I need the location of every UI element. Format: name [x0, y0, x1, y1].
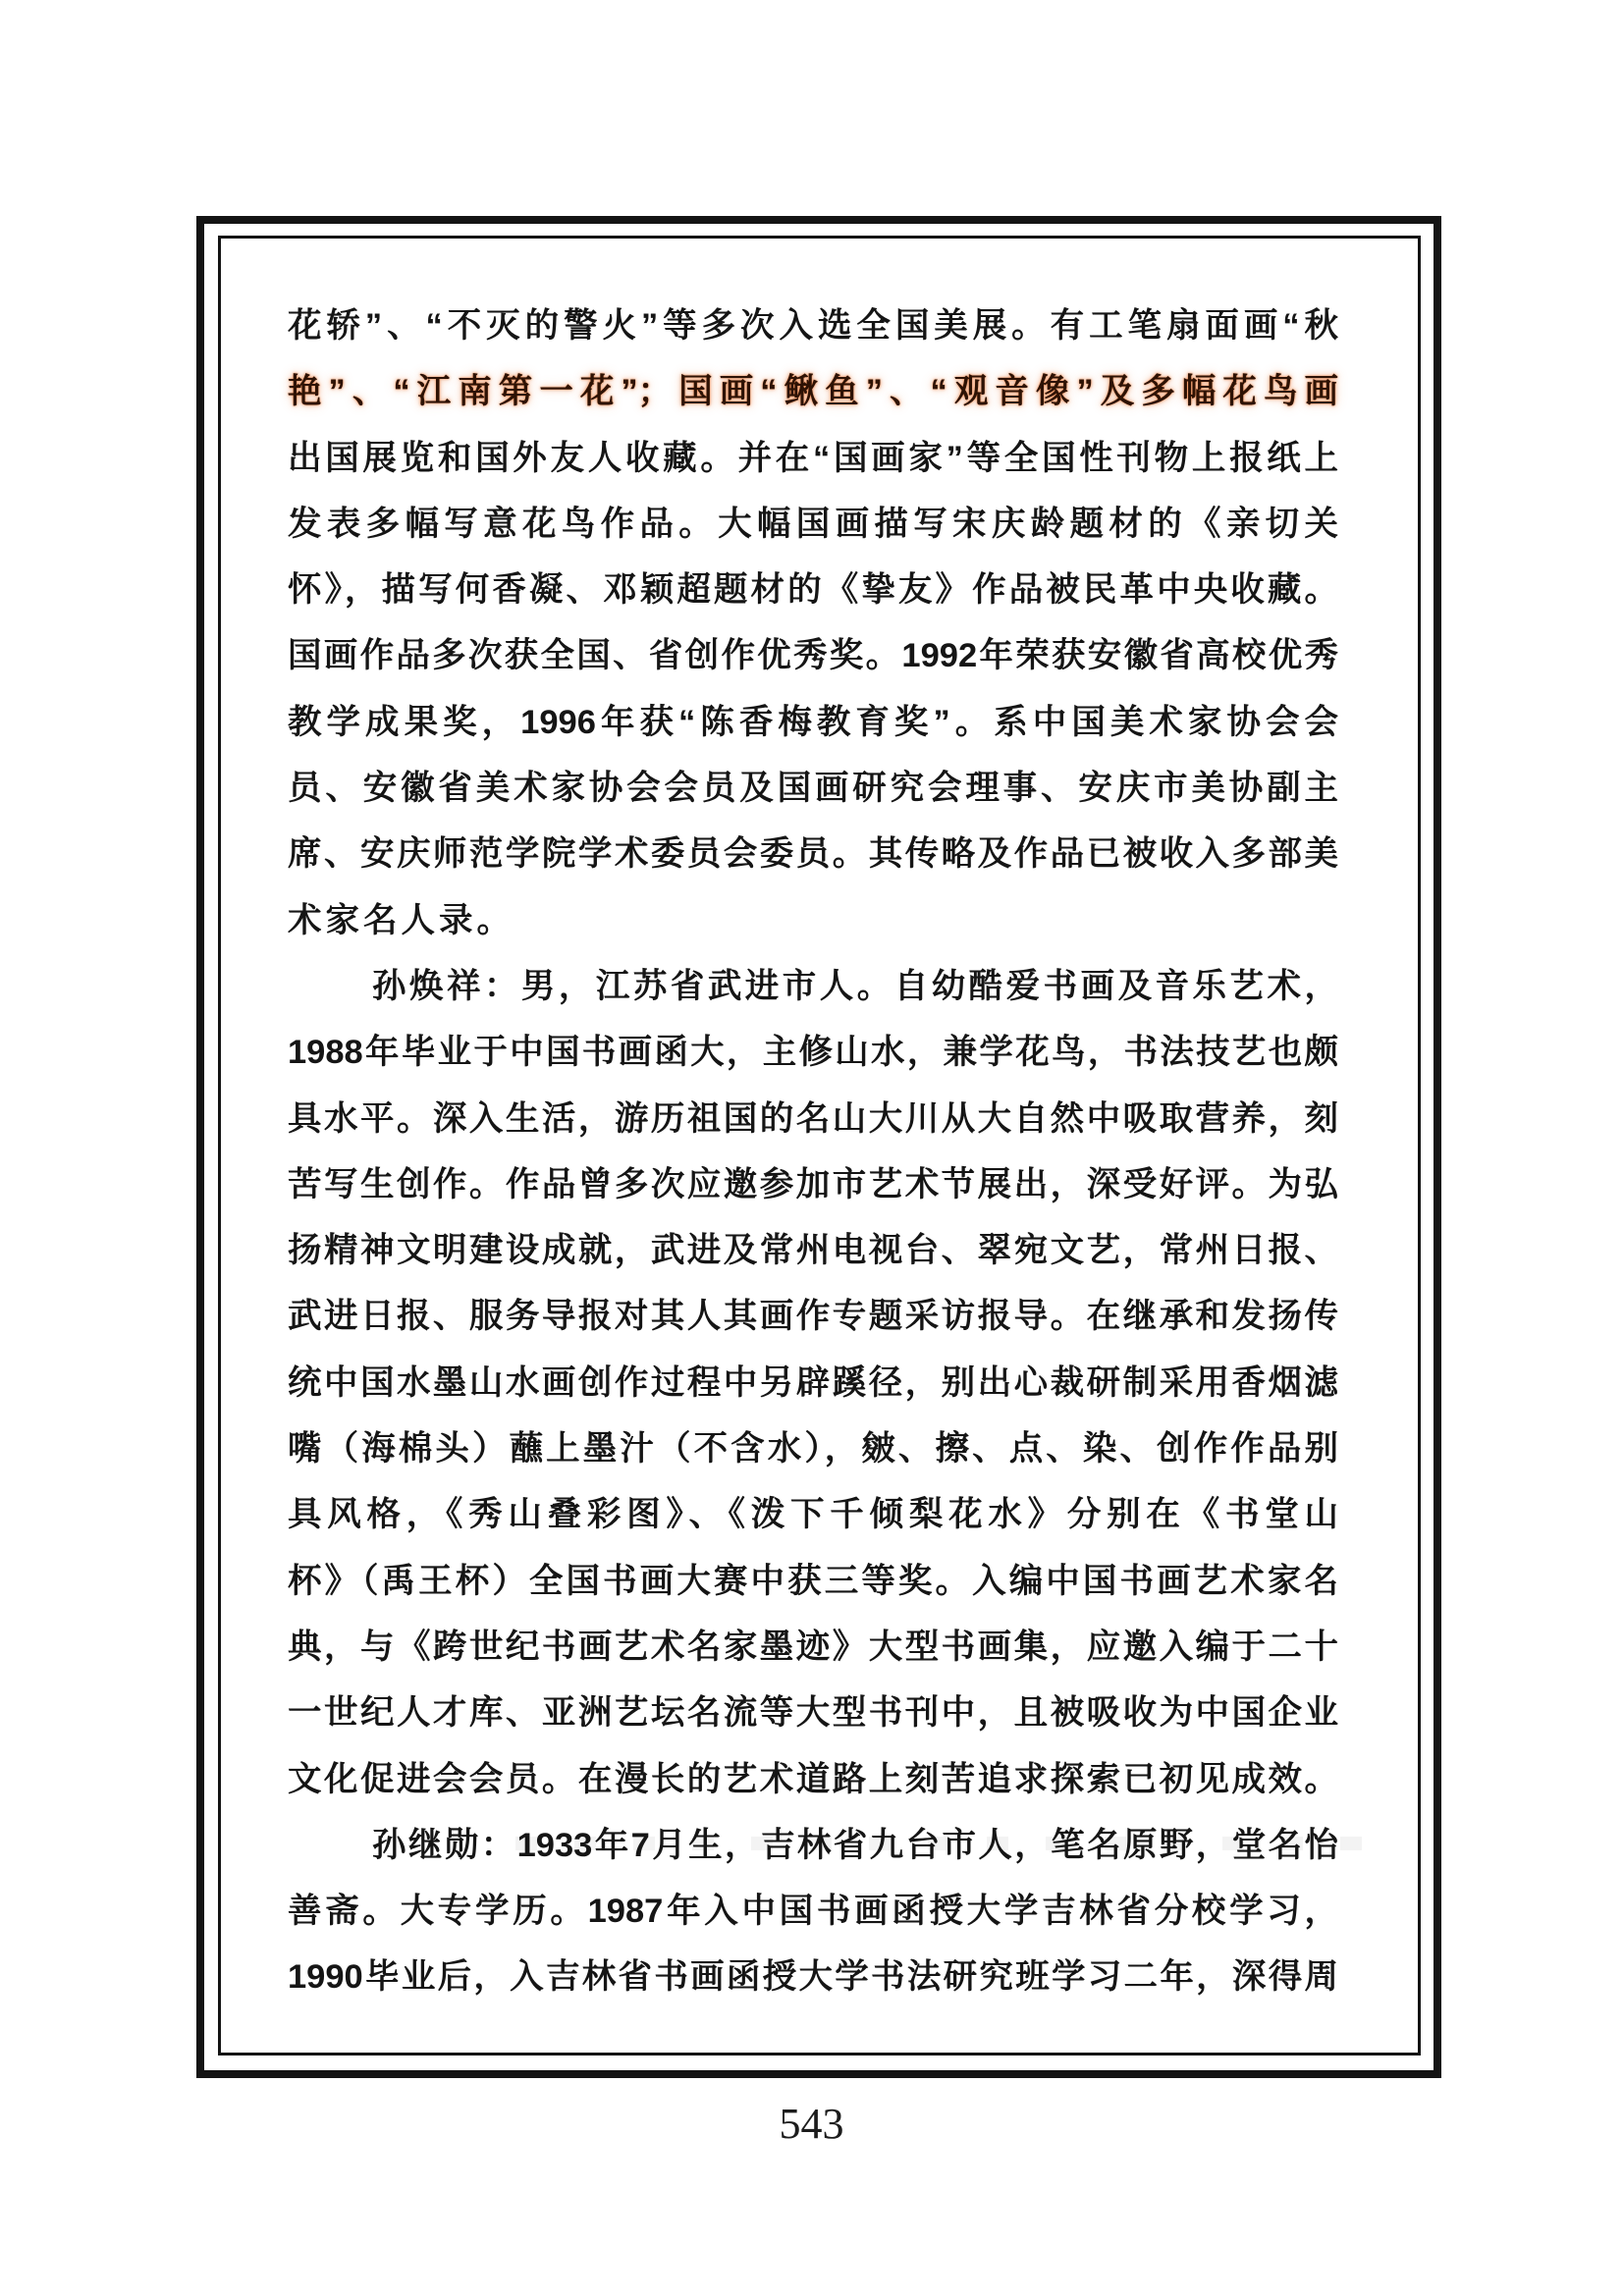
text-line: 1990毕业后，入吉林省书画函授大学书法研究班学习二年，深得周	[288, 1945, 1338, 2010]
text-line: 艳”、“江南第一花”；国画“鳅鱼”、“观音像”及多幅花鸟画	[288, 359, 1338, 425]
text-line: 出国展览和国外友人收藏。并在“国画家”等全国性刊物上报纸上	[288, 426, 1338, 492]
text-line: 苦写生创作。作品曾多次应邀参加市艺术节展出，深受好评。为弘	[288, 1152, 1338, 1218]
text-line: 孙焕祥：男，江苏省武进市人。自幼酷爱书画及音乐艺术，	[288, 954, 1338, 1020]
text-line: 发表多幅写意花鸟作品。大幅国画描写宋庆龄题材的《亲切关	[288, 492, 1338, 558]
text-line: 善斋。大专学历。1987年入中国书画函授大学吉林省分校学习，	[288, 1879, 1338, 1945]
text-line: 具风格，《秀山叠彩图》、《泼下千倾梨花水》分别在《书堂山	[288, 1482, 1338, 1548]
text-line: 孙继勋：1933年7月生，吉林省九台市人，笔名原野，堂名怡	[288, 1813, 1338, 1879]
text-line: 1988年毕业于中国书画函大，主修山水，兼学花鸟，书法技艺也颇	[288, 1020, 1338, 1086]
page-border-outer: 花轿”、“不灭的警火”等多次入选全国美展。有工笔扇面画“秋艳”、“江南第一花”；…	[196, 216, 1441, 2078]
text-line: 一世纪人才库、亚洲艺坛名流等大型书刊中，且被吸收为中国企业	[288, 1681, 1338, 1746]
text-line: 武进日报、服务导报对其人其画作专题采访报导。在继承和发扬传	[288, 1284, 1338, 1350]
text-line: 典，与《跨世纪书画艺术名家墨迹》大型书画集，应邀入编于二十	[288, 1615, 1338, 1681]
text-line: 具水平。深入生活，游历祖国的名山大川从大自然中吸取营养，刻	[288, 1087, 1338, 1152]
text-line: 花轿”、“不灭的警火”等多次入选全国美展。有工笔扇面画“秋	[288, 294, 1338, 359]
text-line: 怀》，描写何香凝、邓颖超题材的《挚友》作品被民革中央收藏。	[288, 558, 1338, 623]
text-line: 文化促进会会员。在漫长的艺术道路上刻苦追求探索已初见成效。	[288, 1747, 1338, 1813]
text-line: 国画作品多次获全国、省创作优秀奖。1992年荣获安徽省高校优秀	[288, 623, 1338, 689]
text-line: 嘴（海棉头）蘸上墨汁（不含水），皴、擦、点、染、创作作品别	[288, 1416, 1338, 1482]
page-border-inner: 花轿”、“不灭的警火”等多次入选全国美展。有工笔扇面画“秋艳”、“江南第一花”；…	[218, 236, 1421, 2056]
text-line: 员、安徽省美术家协会会员及国画研究会理事、安庆市美协副主	[288, 756, 1338, 822]
text-line: 席、安庆师范学院学术委员会委员。其传略及作品已被收入多部美	[288, 822, 1338, 887]
text-line: 教学成果奖，1996年获“陈香梅教育奖”。系中国美术家协会会	[288, 690, 1338, 756]
text-line: 杯》（禹王杯）全国书画大赛中获三等奖。入编中国书画艺术家名	[288, 1549, 1338, 1615]
page-number: 543	[0, 2099, 1623, 2149]
page-text: 花轿”、“不灭的警火”等多次入选全国美展。有工笔扇面画“秋艳”、“江南第一花”；…	[288, 294, 1338, 2011]
text-line: 扬精神文明建设成就，武进及常州电视台、翠宛文艺，常州日报、	[288, 1218, 1338, 1284]
text-line: 术家名人录。	[288, 888, 1338, 954]
text-line: 统中国水墨山水画创作过程中另辟蹊径，别出心裁研制采用香烟滤	[288, 1351, 1338, 1416]
